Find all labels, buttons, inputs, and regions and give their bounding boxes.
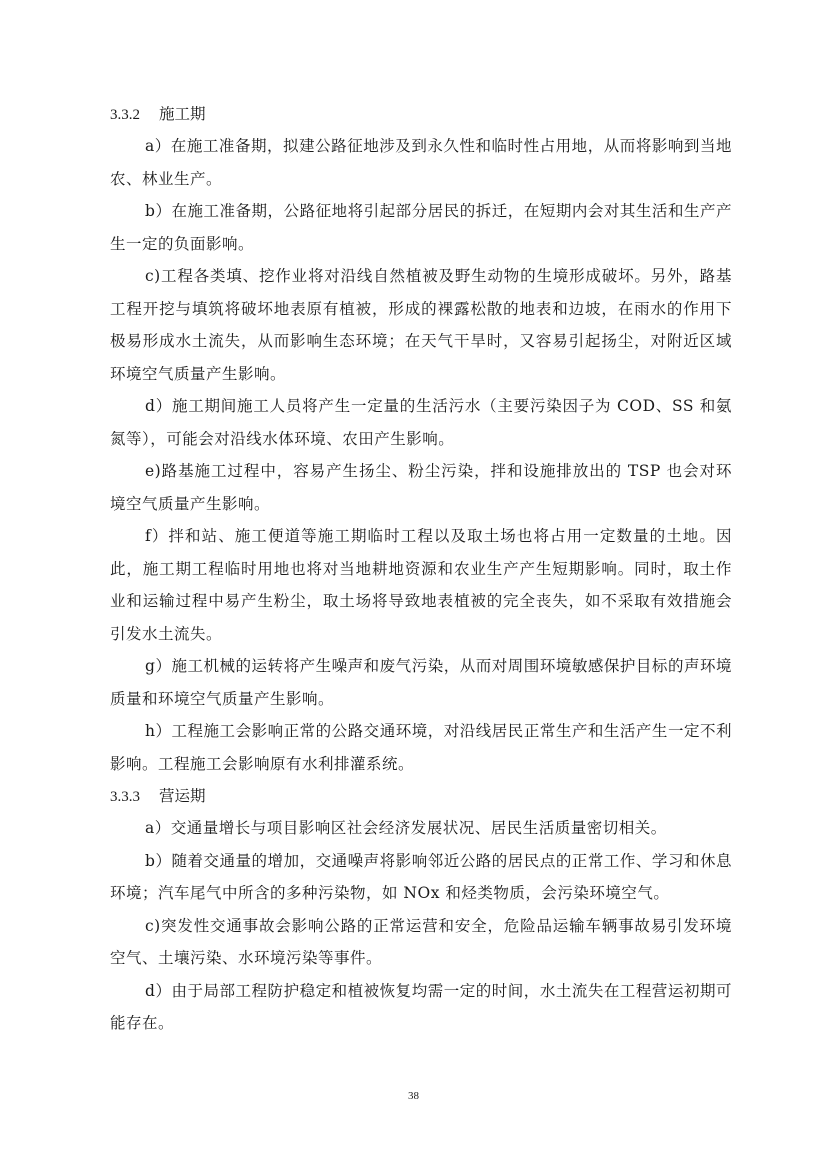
paragraph-operation-c: c)突发性交通事故会影响公路的正常运营和安全，危险品运输车辆事故易引发环境空气、… — [110, 910, 732, 975]
paragraph-construction-c: c)工程各类填、挖作业将对沿线自然植被及野生动物的生境形成破坏。另外，路基工程开… — [110, 260, 732, 390]
section-title: 施工期 — [159, 105, 206, 123]
paragraph-operation-d: d）由于局部工程防护稳定和植被恢复均需一定的时间，水土流失在工程营运初期可能存在… — [110, 975, 732, 1040]
section-title: 营运期 — [159, 787, 206, 805]
paragraph-construction-f: f）拌和站、施工便道等施工期临时工程以及取土场也将占用一定数量的土地。因此，施工… — [110, 520, 732, 650]
paragraph-construction-e: e)路基施工过程中，容易产生扬尘、粉尘污染，拌和设施排放出的 TSP 也会对环境… — [110, 455, 732, 520]
page-number: 38 — [0, 1090, 827, 1102]
paragraph-construction-a: a）在施工准备期，拟建公路征地涉及到永久性和临时性占用地，从而将影响到当地农、林… — [110, 130, 732, 195]
document-page: 3.3.2施工期 a）在施工准备期，拟建公路征地涉及到永久性和临时性占用地，从而… — [110, 98, 732, 1040]
section-heading-construction-period: 3.3.2施工期 — [110, 98, 732, 130]
paragraph-operation-b: b）随着交通量的增加，交通噪声将影响邻近公路的居民点的正常工作、学习和休息环境；… — [110, 845, 732, 910]
paragraph-construction-b: b）在施工准备期，公路征地将引起部分居民的拆迁，在短期内会对其生活和生产产生一定… — [110, 195, 732, 260]
section-number: 3.3.2 — [110, 99, 159, 131]
paragraph-construction-d: d）施工期间施工人员将产生一定量的生活污水（主要污染因子为 COD、SS 和氨氮… — [110, 390, 732, 455]
section-number: 3.3.3 — [110, 781, 159, 813]
paragraph-operation-a: a）交通量增长与项目影响区社会经济发展状况、居民生活质量密切相关。 — [110, 812, 732, 845]
paragraph-construction-h: h）工程施工会影响正常的公路交通环境，对沿线居民正常生产和生活产生一定不利影响。… — [110, 715, 732, 780]
section-heading-operation-period: 3.3.3营运期 — [110, 780, 732, 812]
paragraph-construction-g: g）施工机械的运转将产生噪声和废气污染，从而对周围环境敏感保护目标的声环境质量和… — [110, 650, 732, 715]
